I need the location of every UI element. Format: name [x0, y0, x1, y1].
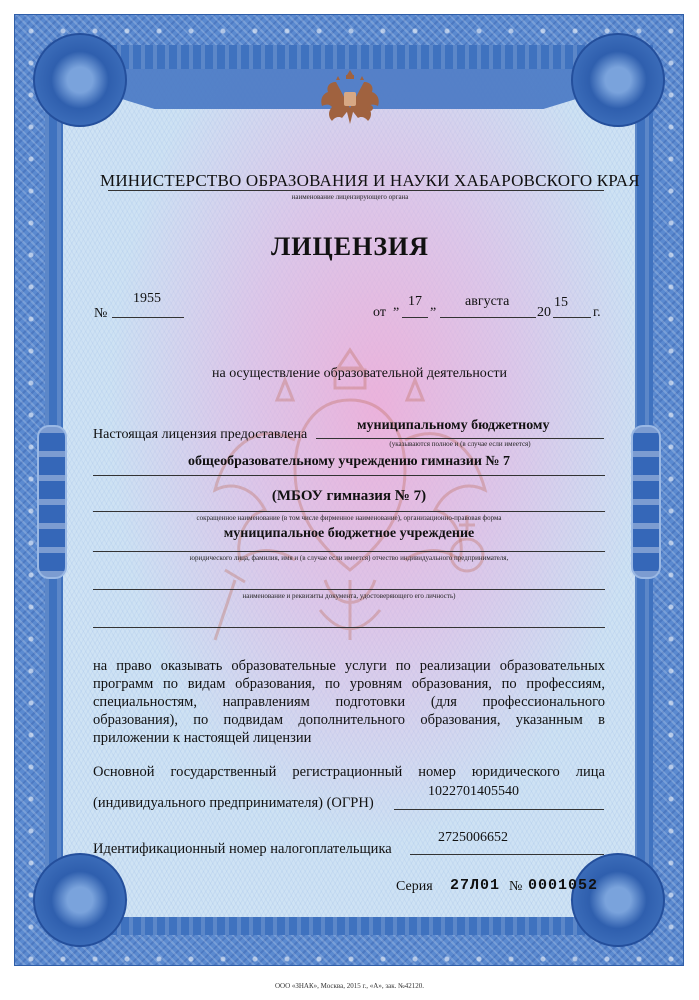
series-label: Серия [396, 879, 433, 895]
licensee-line-2: общеобразовательному учреждению гимназии… [93, 454, 605, 470]
authority-underline [108, 190, 604, 191]
license-purpose: на осуществление образовательной деятель… [212, 366, 507, 382]
licensee-line-1: муниципальному бюджетному [357, 418, 549, 434]
corner-ornament-icon [33, 33, 127, 127]
licensee-caption-2: сокращенное наименование (в том числе фи… [93, 514, 605, 522]
inn-underline [410, 854, 604, 855]
month-underline [440, 317, 536, 318]
licensee-caption-4: наименование и реквизиты документа, удос… [93, 592, 605, 600]
date-month: августа [465, 294, 509, 310]
licensee-underline-6 [93, 627, 605, 628]
date-day: 17 [408, 294, 422, 310]
inn-value: 2725006652 [438, 830, 508, 846]
licensee-caption-3: юридического лица, фамилия, имя и (в слу… [93, 554, 605, 562]
year-unit: г. [593, 305, 601, 321]
rights-text: на право оказывать образовательные услуг… [93, 657, 605, 747]
issuing-authority: МИНИСТЕРСТВО ОБРАЗОВАНИЯ И НАУКИ ХАБАРОВ… [100, 171, 600, 191]
side-knot-ornament-icon [37, 425, 67, 579]
series-code: 27Л01 [450, 877, 500, 894]
number-underline [112, 317, 184, 318]
series-number-label: № [509, 879, 522, 895]
number-label: № [94, 306, 107, 322]
issuing-authority-caption: наименование лицензирующего органа [100, 193, 600, 201]
date-open-quote: „ [393, 298, 399, 314]
ogrn-value: 1022701405540 [428, 784, 519, 800]
corner-ornament-icon [571, 33, 665, 127]
ogrn-label-line-1: Основной государственный регистрационный… [93, 764, 605, 781]
double-headed-eagle-emblem-icon [318, 68, 382, 128]
ogrn-underline [394, 809, 604, 810]
granted-label: Настоящая лицензия предоставлена [93, 427, 307, 443]
licensee-underline-3 [93, 511, 605, 512]
year-underline [553, 317, 591, 318]
day-underline [402, 317, 428, 318]
date-prefix: от [373, 305, 386, 321]
licensee-underline-2 [93, 475, 605, 476]
date-close-quote: „ [430, 298, 436, 314]
licensee-caption-1: (указываются полное и (в случае если име… [316, 440, 604, 448]
license-number: 1955 [133, 291, 161, 307]
year-suffix: 15 [554, 295, 568, 311]
series-number: 0001052 [528, 877, 598, 894]
document-title: ЛИЦЕНЗИЯ [100, 232, 600, 262]
printer-imprint: ООО «ЗНАК», Москва, 2015 г., «А», зак. №… [0, 982, 699, 990]
side-knot-ornament-icon [631, 425, 661, 579]
licensee-underline-4 [93, 551, 605, 552]
licensee-legal-form: муниципальное бюджетное учреждение [93, 526, 605, 542]
inn-label: Идентификационный номер налогоплательщик… [93, 841, 392, 858]
year-prefix: 20 [537, 305, 551, 321]
licensee-underline-1 [316, 438, 604, 439]
corner-ornament-icon [571, 853, 665, 947]
licensee-short-name: (МБОУ гимназия № 7) [93, 488, 605, 505]
ogrn-label-line-2: (индивидуального предпринимателя) (ОГРН) [93, 795, 374, 812]
corner-ornament-icon [33, 853, 127, 947]
licensee-underline-5 [93, 589, 605, 590]
